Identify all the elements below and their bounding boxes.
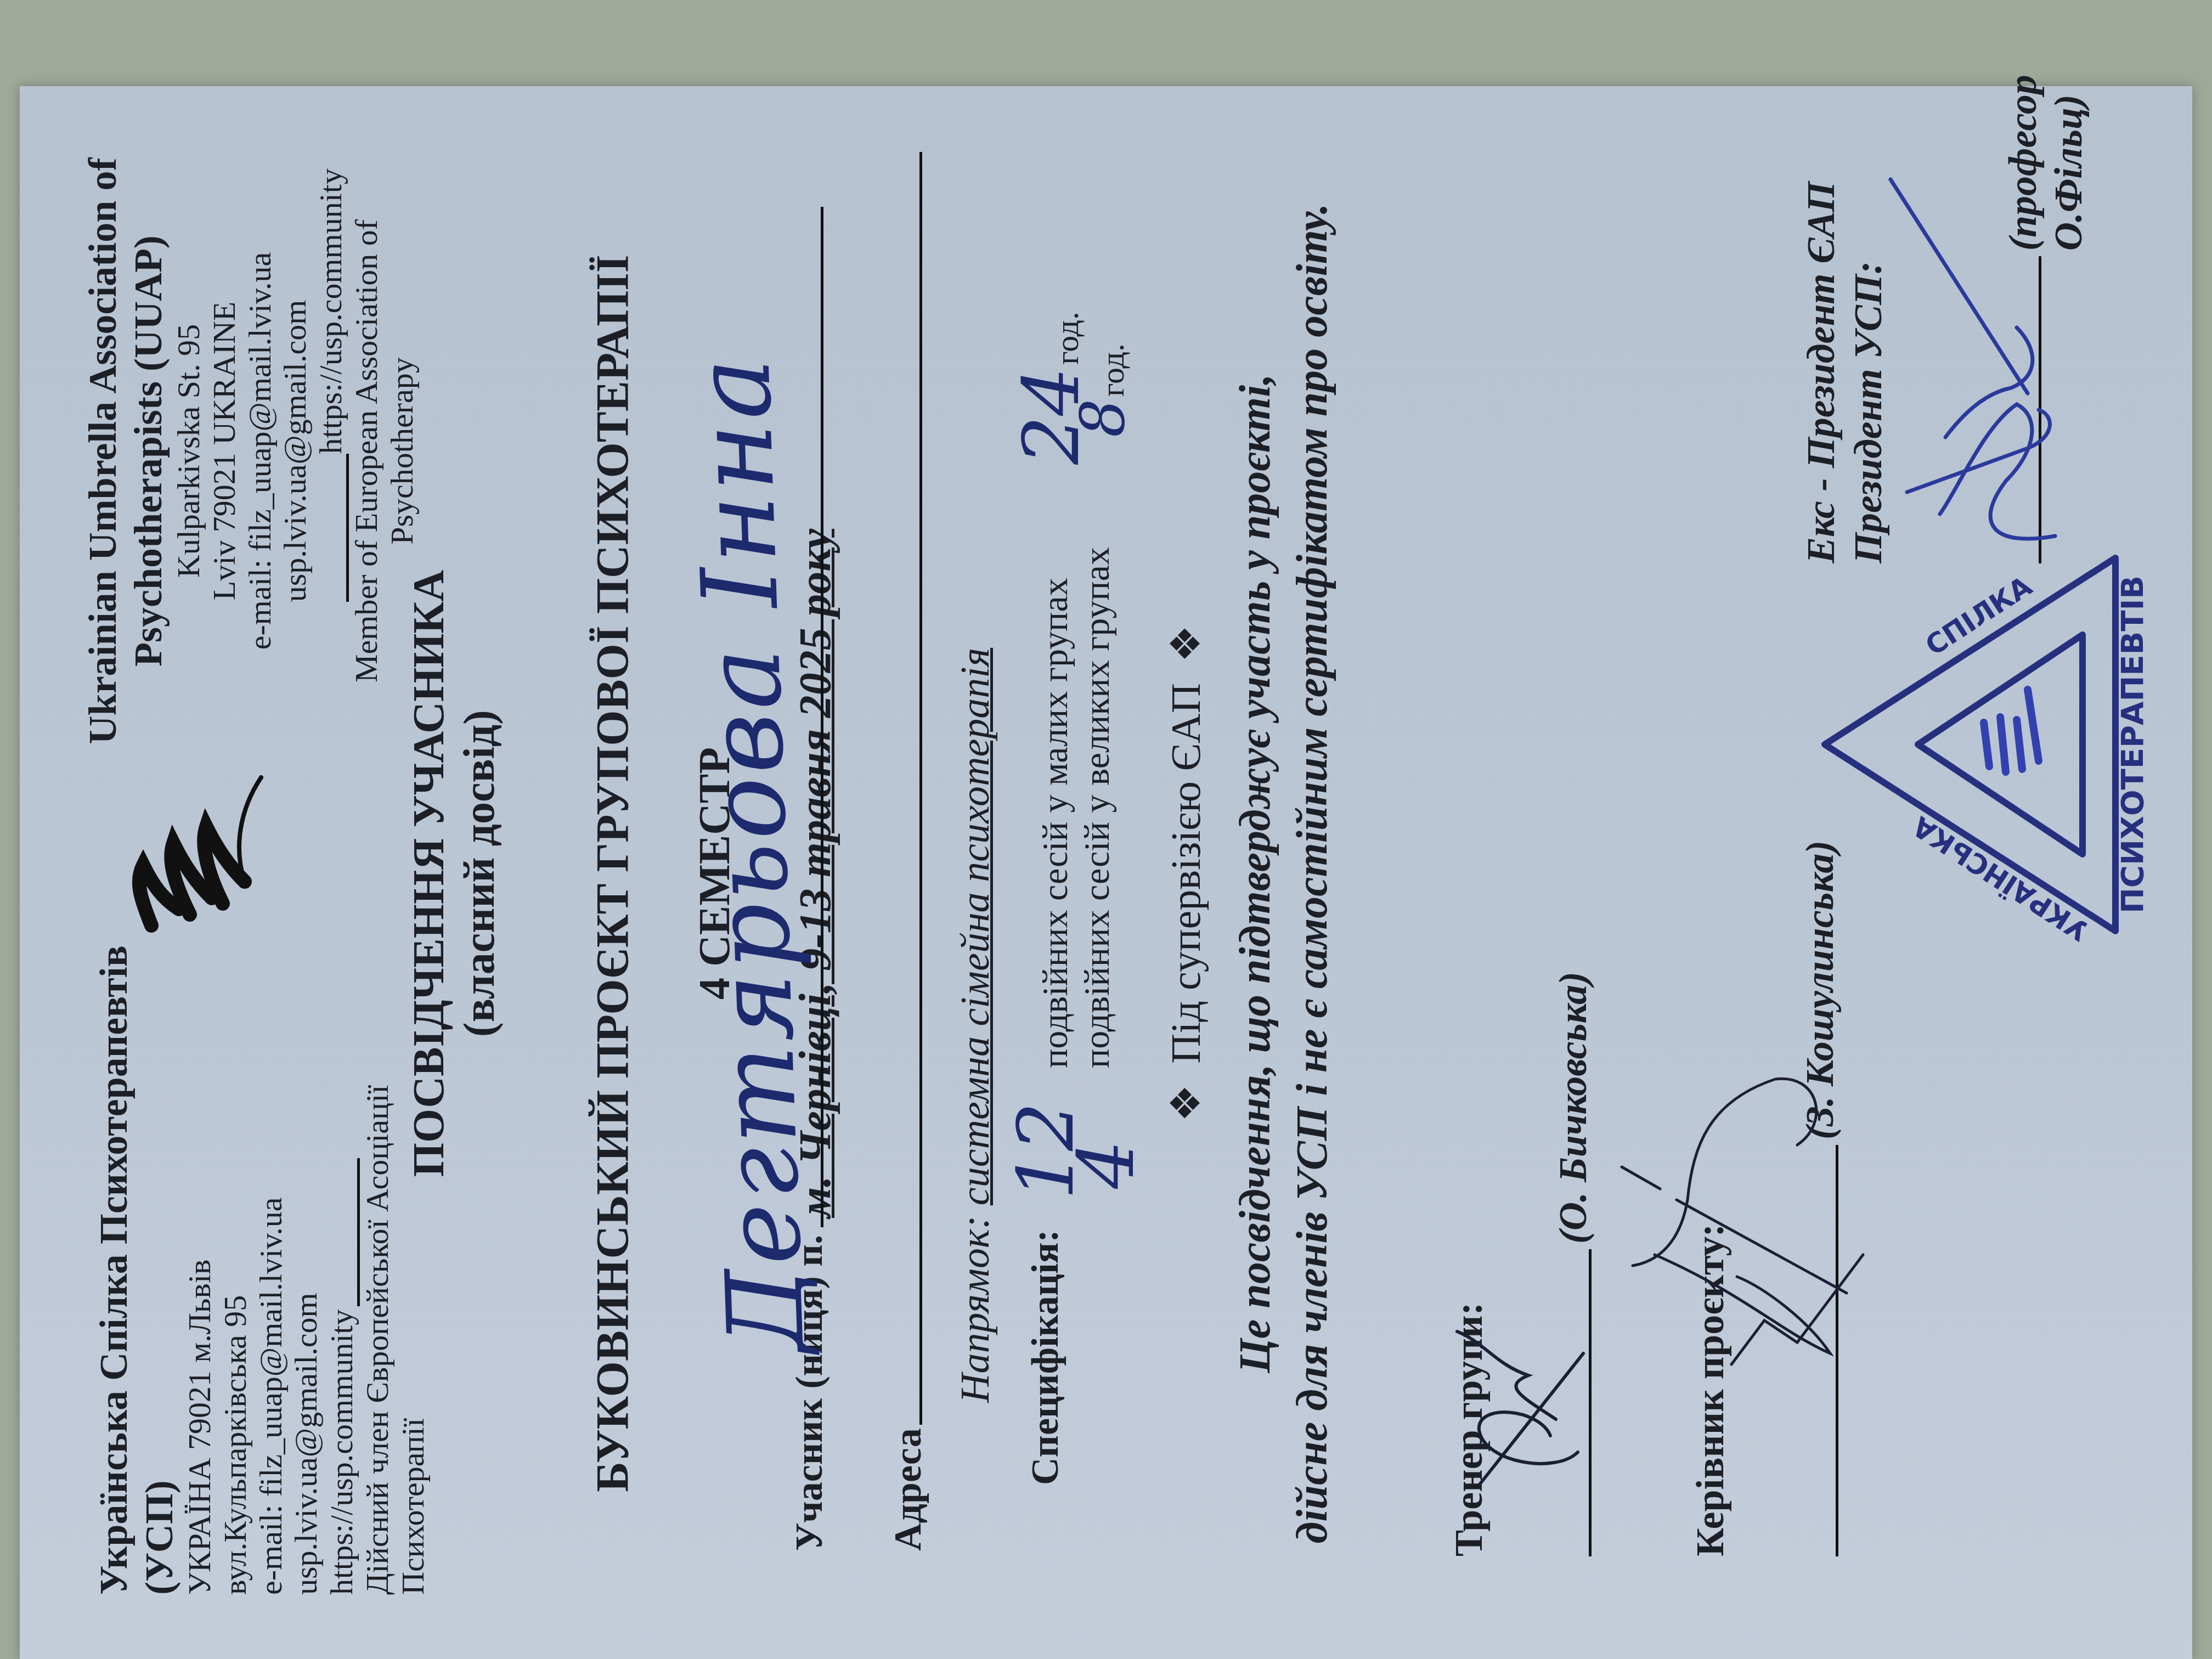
address-field[interactable] <box>919 152 922 1425</box>
email-line: usp.lviv.ua@gmail.com <box>289 936 324 1595</box>
org-name-en: Ukrainian Umbrella Association of <box>80 136 126 766</box>
address-line: Kulparkivska St. 95 <box>171 136 207 766</box>
participant-underline <box>821 207 823 1227</box>
certificate-sheet: Українська Спілка Психотерапевтів (УСП) … <box>20 86 2192 1659</box>
header-right: Ukrainian Umbrella Association of Psycho… <box>80 136 420 766</box>
header-left: Українська Спілка Психотерапевтів (УСП) … <box>91 936 431 1595</box>
trainer-name: (О. Бичковська) <box>1550 972 1596 1244</box>
email-line: usp.lviv.ua@gmail.com <box>278 136 313 766</box>
specification-label: Специфікація: <box>1024 1229 1068 1485</box>
website-line: https://usp.community <box>313 168 348 454</box>
spec-desc-small: подвійних сесій у малих групах <box>1035 547 1076 1068</box>
hours-unit: год. <box>1094 343 1131 397</box>
organization-stamp: ПСИХОТЕРАПЕВТІВ УКРАЇНСЬКА СПІЛКА <box>1808 536 2148 953</box>
president-title-line-1: Екс - Президент ЄАП <box>1797 182 1844 563</box>
document-title: ПОСВІДЧЕННЯ УЧАСНИКА <box>404 86 454 1659</box>
address-line: вул.Кульпарківська 95 <box>218 936 253 1595</box>
address-label: Адреса <box>887 1428 930 1551</box>
spec-row-large: 4 <box>1062 1140 1152 1189</box>
supervision-line: ❖ Під супервізією ЄАП ❖ <box>1161 86 1210 1659</box>
confirmation-line-1: Це посвідчення, що підтверджує участь у … <box>1227 86 1284 1659</box>
org-abbr-ua: (УСП) <box>137 936 182 1595</box>
spec-desc-large: подвійних сесій у великих групах <box>1076 547 1118 1068</box>
trainer-signature-icon <box>1446 1277 1602 1496</box>
stamp-left-text: УКРАЇНСЬКА <box>1907 810 2095 947</box>
supervision-text: Під супервізією ЄАП <box>1163 683 1209 1063</box>
spec-count-large[interactable]: 4 <box>1062 1140 1152 1189</box>
president-signature-icon <box>1874 174 2085 558</box>
email-line: e-mail: filz_uuap@mail.lviv.ua <box>253 936 289 1595</box>
uuap-logo-icon <box>129 772 272 947</box>
address-line: Lviv 79021 UKRAINE <box>207 136 242 766</box>
address-line: УКРАЇНА 79021 м.Львів <box>182 936 218 1595</box>
org-name-en-2: Psychotherapists (UUAP) <box>126 136 171 766</box>
spec-hours-large[interactable]: 8 <box>1068 399 1138 437</box>
photo-background: Українська Спілка Психотерапевтів (УСП) … <box>0 0 2212 1659</box>
diamond-cluster-icon: ❖ <box>1163 1064 1209 1122</box>
org-name-ua: Українська Спілка Психотерапевтів <box>91 936 137 1595</box>
confirmation-text: Це посвідчення, що підтверджує участь у … <box>1227 86 1341 1659</box>
direction-label: Напрямок: <box>953 1216 998 1403</box>
document-subtitle: (власний досвід) <box>454 86 505 1659</box>
spec-descriptions: подвійних сесій у малих групах подвійних… <box>1035 547 1118 1068</box>
spec-hours-large-row: 8 год. <box>1068 343 1138 437</box>
direction-row: Напрямок: системна сімейна психотерапія <box>952 648 999 1403</box>
diamond-cluster-icon: ❖ <box>1163 625 1209 683</box>
website-line: https://usp.community <box>324 1310 359 1595</box>
project-lead-signature-icon <box>1600 1046 1877 1430</box>
direction-value: системна сімейна психотерапія <box>953 648 998 1205</box>
confirmation-line-2: дійсне для членів УСП і не є самостійним… <box>1284 86 1341 1659</box>
stamp-bottom-text: ПСИХОТЕРАПЕВТІВ <box>2115 575 2151 913</box>
project-name: БУКОВИНСЬКИЙ ПРОЄКТ ГРУПОВОЇ ПСИХОТЕРАПІ… <box>587 86 640 1659</box>
email-line: e-mail: filz_uuap@mail.lviv.ua <box>242 136 278 766</box>
